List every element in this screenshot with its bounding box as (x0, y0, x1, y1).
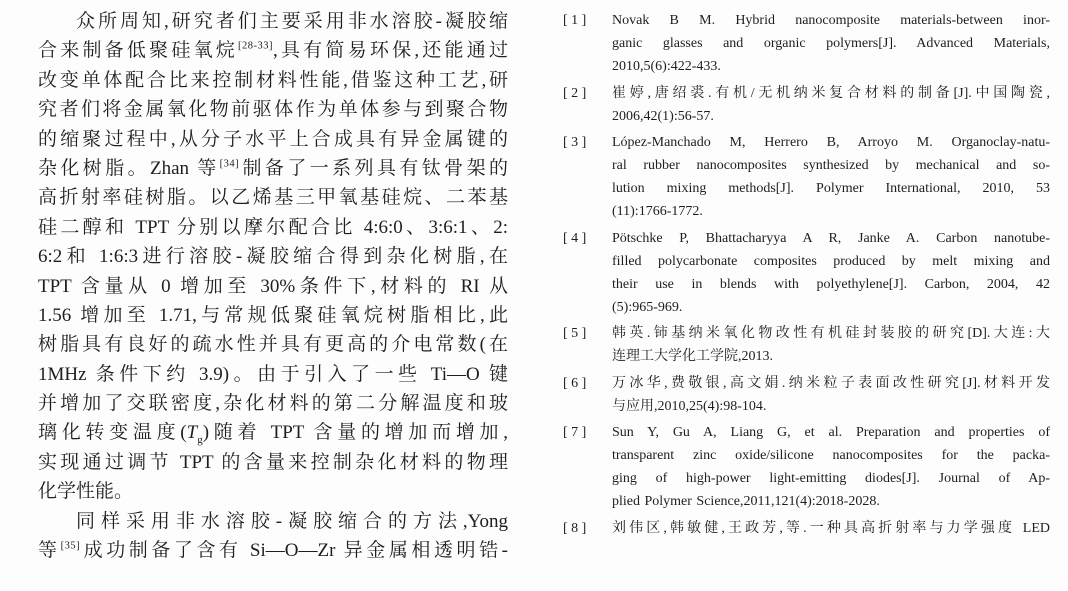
text-line: 实现通过调节 TPT 的含量来控制杂化材料的物理 (38, 448, 508, 477)
reference-number: [ 7 ] (563, 421, 586, 444)
text-run: 合来制备低聚硅氧烷 (38, 40, 238, 61)
text-run: 杂化树脂。Zhan 等 (38, 158, 220, 179)
text-line: 硅二醇和 TPT 分别以摩尔配合比 4:6:0、3:6:1、2: (38, 213, 508, 242)
reference-item: [ 3 ]López-Manchado M, Herrero B, Arroyo… (563, 131, 1050, 223)
reference-line: 刘伟区,韩敏健,王政芳,等.一种具高折射率与力学强度 LED (612, 517, 1050, 540)
reference-number: [ 6 ] (563, 372, 586, 395)
reference-number: [ 5 ] (563, 322, 586, 345)
text-line: 高折射率硅树脂。以乙烯基三甲氧基硅烷、二苯基 (38, 183, 508, 212)
reference-item: [ 7 ]Sun Y, Gu A, Liang G, et al. Prepar… (563, 421, 1050, 513)
text-run: 并增加了交联密度,杂化材料的第二分解温度和玻 (38, 393, 508, 414)
paper-page: 众所周知,研究者们主要采用非水溶胶-凝胶缩合来制备低聚硅氧烷[28-33],具有… (0, 0, 1068, 591)
text-line: 改变单体配合比来控制材料性能,借鉴这种工艺,研 (38, 66, 508, 95)
reference-item: [ 8 ]刘伟区,韩敏健,王政芳,等.一种具高折射率与力学强度 LED (563, 517, 1050, 540)
text-line: 1.56 增加至 1.71,与常规低聚硅氧烷树脂相比,此 (38, 301, 508, 330)
reference-line: 韩英.铈基纳米氧化物改性有机硅封装胶的研究[D].大连:大 (612, 322, 1050, 345)
reference-line: (11):1766-1772. (612, 200, 1050, 223)
reference-line: Sun Y, Gu A, Liang G, et al. Preparation… (612, 421, 1050, 444)
text-line: 等[35]成功制备了含有 Si—O—Zr 异金属相透明锆- (38, 536, 508, 565)
body-text-column: 众所周知,研究者们主要采用非水溶胶-凝胶缩合来制备低聚硅氧烷[28-33],具有… (38, 7, 508, 565)
text-run: 6:2和 1:6:3进行溶胶-凝胶缩合得到杂化树脂,在 (38, 246, 508, 267)
reference-line: 崔婷,唐绍裘.有机/无机纳米复合材料的制备[J].中国陶瓷, (612, 82, 1050, 105)
text-run: )随着 TPT 含量的增加而增加, (203, 422, 508, 443)
text-run: 实现通过调节 TPT 的含量来控制杂化材料的物理 (38, 452, 508, 473)
reference-number: [ 1 ] (563, 9, 586, 32)
reference-number: [ 3 ] (563, 131, 586, 154)
reference-line: (5):965-969. (612, 296, 1050, 319)
reference-line: lution mixing methods[J]. Polymer Intern… (612, 177, 1050, 200)
reference-line: Pötschke P, Bhattacharyya A R, Janke A. … (612, 227, 1050, 250)
text-line: 6:2和 1:6:3进行溶胶-凝胶缩合得到杂化树脂,在 (38, 242, 508, 271)
text-line: 究者们将金属氧化物前驱体作为单体参与到聚合物 (38, 95, 508, 124)
reference-line: transparent zinc oxide/silicone nanocomp… (612, 444, 1050, 467)
reference-line: filled polycarbonate composites produced… (612, 250, 1050, 273)
text-run: 璃化转变温度( (38, 422, 187, 443)
citation-superscript: [28-33] (238, 41, 273, 52)
text-run: 同样采用非水溶胶-凝胶缩合的方法,Yong (76, 511, 508, 532)
text-line: 璃化转变温度(Tg)随着 TPT 含量的增加而增加, (38, 418, 508, 447)
italic-variable: T (187, 422, 198, 443)
reference-line: their use in blends with polyethylene[J]… (612, 273, 1050, 296)
reference-line: 与应用,2010,25(4):98-104. (612, 395, 1050, 418)
text-run: 的缩聚过程中,从分子水平上合成具有异金属键的 (38, 129, 508, 150)
reference-line: ral rubber nanocomposites synthesized by… (612, 154, 1050, 177)
reference-item: [ 1 ]Novak B M. Hybrid nanocomposite mat… (563, 9, 1050, 78)
references-column: [ 1 ]Novak B M. Hybrid nanocomposite mat… (563, 9, 1050, 543)
text-run: 硅二醇和 TPT 分别以摩尔配合比 4:6:0、3:6:1、2: (38, 217, 508, 238)
reference-item: [ 2 ]崔婷,唐绍裘.有机/无机纳米复合材料的制备[J].中国陶瓷,2006,… (563, 82, 1050, 128)
reference-number: [ 8 ] (563, 517, 586, 540)
text-run: 等 (38, 540, 61, 561)
text-line: 众所周知,研究者们主要采用非水溶胶-凝胶缩 (38, 7, 508, 36)
reference-line: 2006,42(1):56-57. (612, 105, 1050, 128)
text-line: 合来制备低聚硅氧烷[28-33],具有简易环保,还能通过 (38, 36, 508, 65)
text-run: 树脂具有良好的疏水性并具有更高的介电常数(在 (38, 334, 508, 355)
text-line: 1MHz 条件下约 3.9)。由于引入了一些 Ti—O 键 (38, 360, 508, 389)
reference-item: [ 6 ]万冰华,费敬银,高文娟.纳米粒子表面改性研究[J].材料开发与应用,2… (563, 372, 1050, 418)
text-line: 树脂具有良好的疏水性并具有更高的介电常数(在 (38, 330, 508, 359)
text-run: 成功制备了含有 Si—O—Zr 异金属相透明锆- (80, 540, 508, 561)
citation-superscript: [35] (61, 541, 81, 552)
text-line: 同样采用非水溶胶-凝胶缩合的方法,Yong (38, 507, 508, 536)
text-line: 杂化树脂。Zhan 等[34]制备了一系列具有钛骨架的 (38, 154, 508, 183)
reference-line: 2010,5(6):422-433. (612, 55, 1050, 78)
text-run: 化学性能。 (38, 481, 133, 502)
text-run: 众所周知,研究者们主要采用非水溶胶-凝胶缩 (76, 11, 508, 32)
reference-line: Novak B M. Hybrid nanocomposite material… (612, 9, 1050, 32)
text-run: 改变单体配合比来控制材料性能,借鉴这种工艺,研 (38, 70, 508, 91)
reference-line: plied Polymer Science,2011,121(4):2018-2… (612, 490, 1050, 513)
text-run: 制备了一系列具有钛骨架的 (239, 158, 508, 179)
reference-line: López-Manchado M, Herrero B, Arroyo M. O… (612, 131, 1050, 154)
text-run: 1MHz 条件下约 3.9)。由于引入了一些 Ti—O 键 (38, 364, 508, 385)
reference-number: [ 2 ] (563, 82, 586, 105)
text-line: TPT 含量从 0 增加至 30%条件下,材料的 RI 从 (38, 272, 508, 301)
text-line: 化学性能。 (38, 477, 508, 506)
reference-item: [ 5 ]韩英.铈基纳米氧化物改性有机硅封装胶的研究[D].大连:大连理工大学化… (563, 322, 1050, 368)
reference-line: ging of high-power light-emitting diodes… (612, 467, 1050, 490)
text-run: 1.56 增加至 1.71,与常规低聚硅氧烷树脂相比,此 (38, 305, 508, 326)
reference-line: 万冰华,费敬银,高文娟.纳米粒子表面改性研究[J].材料开发 (612, 372, 1050, 395)
citation-superscript: [34] (220, 159, 240, 170)
text-run: TPT 含量从 0 增加至 30%条件下,材料的 RI 从 (38, 276, 508, 297)
text-line: 的缩聚过程中,从分子水平上合成具有异金属键的 (38, 125, 508, 154)
reference-number: [ 4 ] (563, 227, 586, 250)
text-run: 究者们将金属氧化物前驱体作为单体参与到聚合物 (38, 99, 508, 120)
reference-line: 连理工大学化工学院,2013. (612, 345, 1050, 368)
reference-line: ganic glasses and organic polymers[J]. A… (612, 32, 1050, 55)
reference-item: [ 4 ]Pötschke P, Bhattacharyya A R, Jank… (563, 227, 1050, 319)
text-line: 并增加了交联密度,杂化材料的第二分解温度和玻 (38, 389, 508, 418)
text-run: ,具有简易环保,还能通过 (273, 40, 508, 61)
text-run: 高折射率硅树脂。以乙烯基三甲氧基硅烷、二苯基 (38, 187, 508, 208)
